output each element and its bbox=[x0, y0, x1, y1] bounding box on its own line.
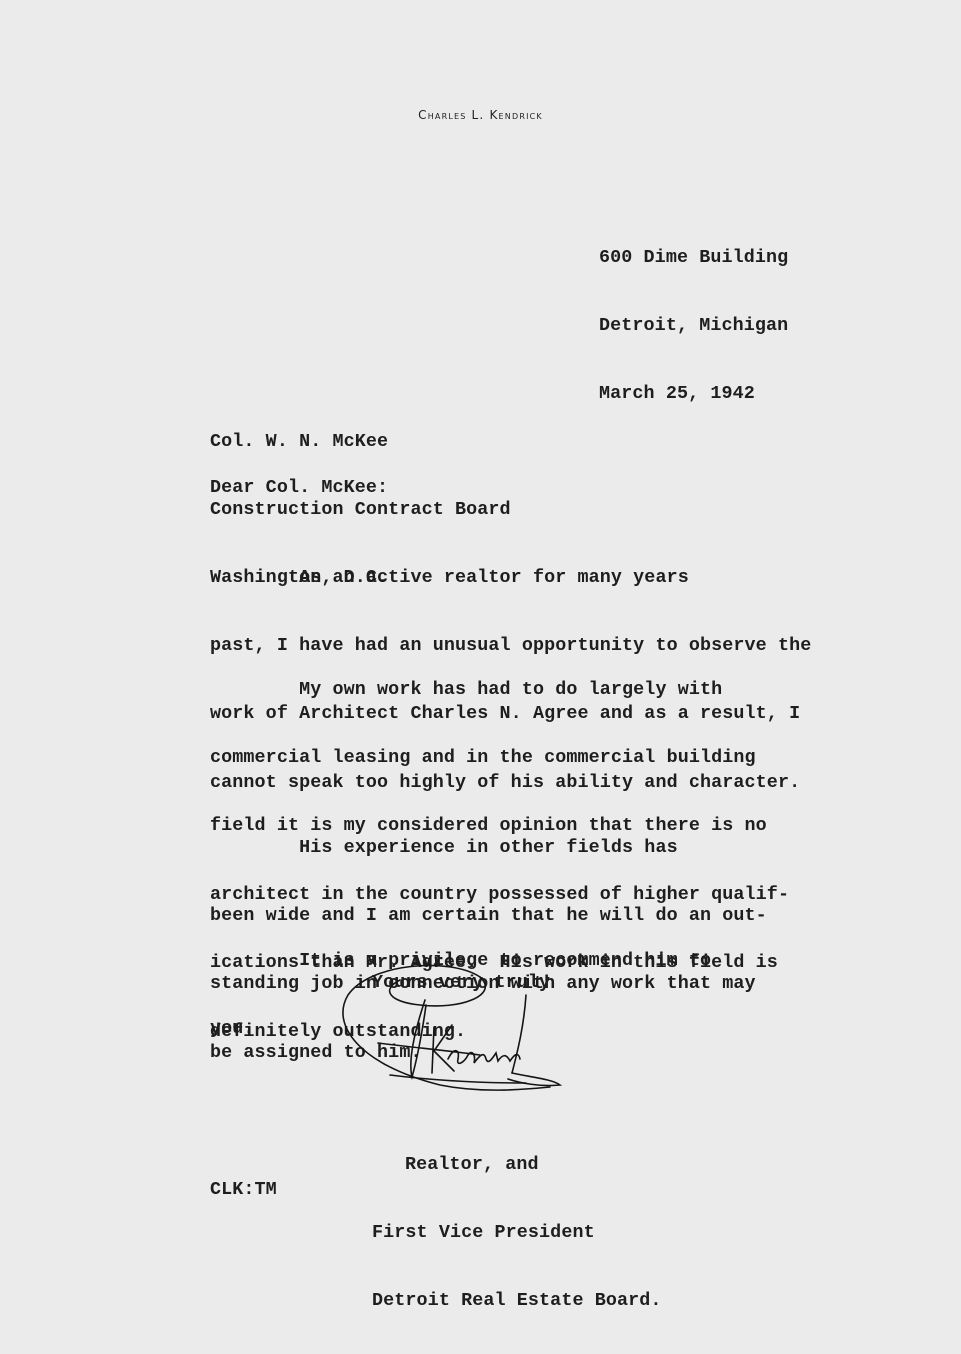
recipient-name: Col. W. N. McKee bbox=[210, 431, 511, 454]
letter-page: Charles L. Kendrick 600 Dime Building De… bbox=[0, 0, 961, 1354]
text-line: commercial leasing and in the commercial… bbox=[210, 747, 789, 770]
recipient-organization: Construction Contract Board bbox=[210, 499, 511, 522]
letter-date: March 25, 1942 bbox=[599, 383, 788, 406]
signer-title-block: Realtor, and First Vice President Detroi… bbox=[372, 1108, 662, 1354]
text-line: you. bbox=[210, 1018, 711, 1041]
signer-title-organization: Detroit Real Estate Board. bbox=[372, 1290, 662, 1313]
text-line: My own work has had to do largely with bbox=[210, 679, 789, 702]
body-paragraph-4: It is a privilege to recommend him to yo… bbox=[210, 904, 711, 1086]
signer-title-position: First Vice President bbox=[372, 1222, 662, 1245]
text-line: It is a privilege to recommend him to bbox=[210, 950, 711, 973]
salutation: Dear Col. McKee: bbox=[210, 477, 388, 500]
letterhead-name: Charles L. Kendrick bbox=[0, 108, 961, 122]
text-line: As an active realtor for many years bbox=[210, 567, 811, 590]
sender-address-block: 600 Dime Building Detroit, Michigan Marc… bbox=[599, 201, 788, 452]
complimentary-closing: Yours very truly bbox=[372, 972, 550, 995]
sender-address-city: Detroit, Michigan bbox=[599, 315, 788, 338]
text-line: His experience in other fields has bbox=[210, 837, 767, 860]
signer-title-realtor: Realtor, and bbox=[372, 1154, 662, 1177]
sender-address-street: 600 Dime Building bbox=[599, 247, 788, 270]
reference-initials: CLK:TM bbox=[210, 1179, 277, 1202]
